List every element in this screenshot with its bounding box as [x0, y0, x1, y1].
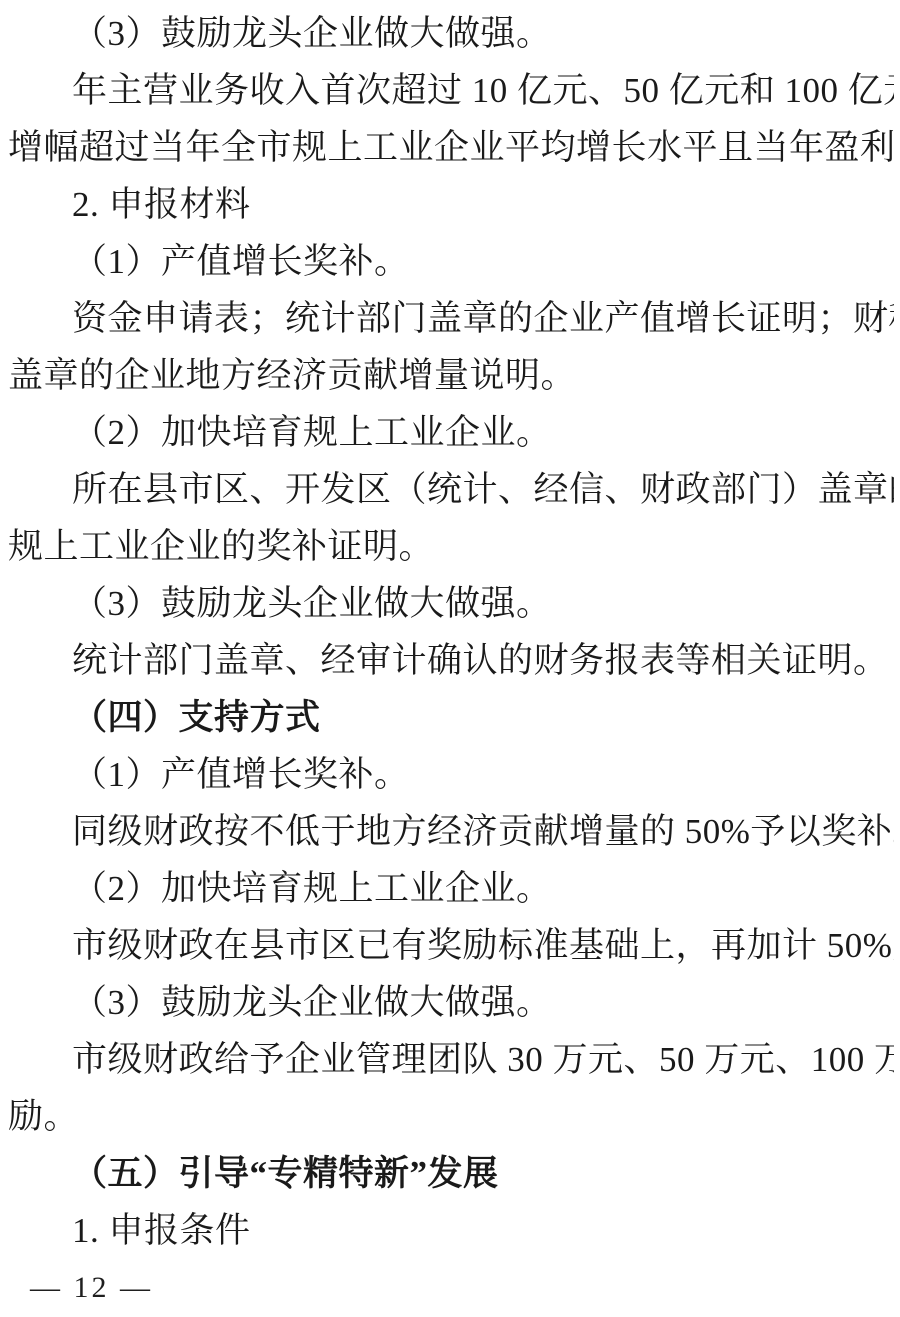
text-line: 所在县市区、开发区（统计、经信、财政部门）盖章的新增: [8, 461, 894, 518]
text-line: 市级财政在县市区已有奖励标准基础上，再加计 50%奖补。: [8, 917, 894, 974]
text-line: 规上工业企业的奖补证明。: [8, 518, 894, 575]
text-line: 统计部门盖章、经审计确认的财务报表等相关证明。: [8, 632, 894, 689]
page-number: — 12 —: [8, 1259, 894, 1316]
text-line: （3）鼓励龙头企业做大做强。: [8, 575, 894, 632]
text-line: （3）鼓励龙头企业做大做强。: [8, 974, 894, 1031]
text-line: （2）加快培育规上工业企业。: [8, 860, 894, 917]
sub-heading: 1. 申报条件: [8, 1202, 894, 1259]
document-page: （3）鼓励龙头企业做大做强。 年主营业务收入首次超过 10 亿元、50 亿元和 …: [0, 0, 900, 1317]
text-line: （1）产值增长奖补。: [8, 233, 894, 290]
text-line: 资金申请表；统计部门盖章的企业产值增长证明；财税部门: [8, 290, 894, 347]
text-line: 同级财政按不低于地方经济贡献增量的 50%予以奖补。: [8, 803, 894, 860]
text-line: （3）鼓励龙头企业做大做强。: [8, 5, 894, 62]
sub-heading: 2. 申报材料: [8, 176, 894, 233]
text-line: 励。: [8, 1088, 894, 1145]
text-line: 年主营业务收入首次超过 10 亿元、50 亿元和 100 亿元的，: [8, 62, 894, 119]
section-heading: （五）引导“专精特新”发展: [8, 1145, 894, 1202]
text-line: 市级财政给予企业管理团队 30 万元、50 万元、100 万元奖: [8, 1031, 894, 1088]
text-line: （2）加快培育规上工业企业。: [8, 404, 894, 461]
section-heading: （四）支持方式: [8, 689, 894, 746]
text-line: 盖章的企业地方经济贡献增量说明。: [8, 347, 894, 404]
text-line: 增幅超过当年全市规上工业企业平均增长水平且当年盈利。: [8, 119, 894, 176]
text-line: （1）产值增长奖补。: [8, 746, 894, 803]
